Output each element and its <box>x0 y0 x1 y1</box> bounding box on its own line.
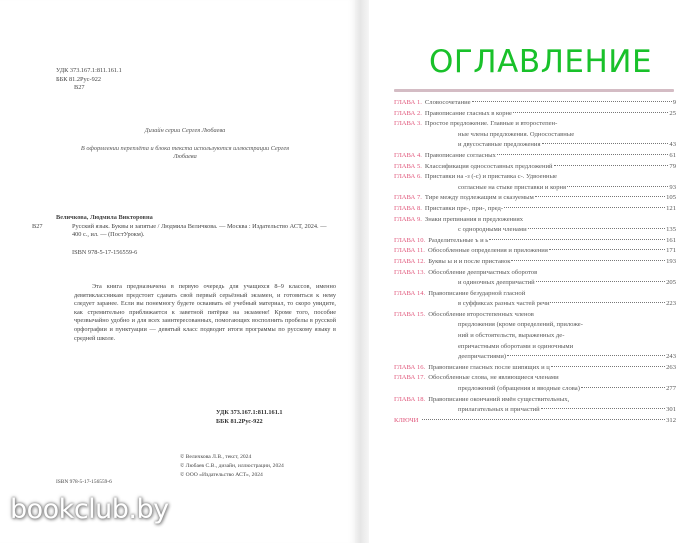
bbk-code: ББК 81.2Рус-922 <box>56 76 122 85</box>
toc-entry[interactable]: ГЛАВА 2.Правописание гласных в корне25 <box>394 109 676 120</box>
toc-entry[interactable]: ГЛАВА 4.Правописание согласных61 <box>394 151 676 162</box>
toc-entry[interactable]: ГЛАВА 11.Обособленные определения и прил… <box>394 246 676 257</box>
udk-block-bottom: УДК 373.167.1:811.161.1 ББК 81.2Рус-922 <box>216 409 283 426</box>
chapter-label: ГЛАВА 12. <box>394 257 428 268</box>
annotation: Эта книга предназначена в первую очередь… <box>74 283 336 343</box>
dot-leader <box>581 387 665 388</box>
dot-leader <box>511 260 665 261</box>
dot-leader <box>472 101 672 102</box>
chapter-title: в суффиксах разных частей речи <box>458 299 549 310</box>
dot-leader <box>507 355 665 356</box>
chapter-title: прилагательных и причастий <box>458 405 540 416</box>
chapter-label: ГЛАВА 9. <box>394 215 425 226</box>
catalog-author: Величкова, Людмила Викторовна <box>56 214 336 223</box>
page-number: 312 <box>666 416 676 427</box>
catalog-description: Русский язык. Буквы и запятые / Людмила … <box>56 223 336 240</box>
chapter-label: ГЛАВА 7. <box>394 193 425 204</box>
page-number: 25 <box>669 109 676 120</box>
copyright-block: © Величкова Л.В., текст, 2024 © Любаев С… <box>180 453 284 479</box>
dot-leader <box>551 366 665 367</box>
dot-leader <box>422 419 665 420</box>
udk-code: УДК 373.167.1:811.161.1 <box>56 67 122 76</box>
toc-entry[interactable]: ГЛАВА 18.Правописание окончаний имён сущ… <box>394 395 676 416</box>
toc-entry[interactable]: ГЛАВА 8.Приставки пре-, при-, пред-121 <box>394 204 676 215</box>
chapter-label: ГЛАВА 1. <box>394 98 425 109</box>
chapter-title: Буквы ы и и после приставок <box>428 257 510 268</box>
catalog-isbn: ISBN 978-5-17-156559-6 <box>56 249 336 258</box>
chapter-title: Приставки пре-, при-, пред- <box>425 204 503 215</box>
toc-entry[interactable]: ГЛАВА 6.Приставки на -з (-с) и приставка… <box>394 172 676 193</box>
page-number: 121 <box>666 204 676 215</box>
page-number: 171 <box>666 246 676 257</box>
dot-leader <box>528 228 665 229</box>
page-number: 79 <box>669 162 676 173</box>
chapter-title: с однородными членами <box>458 225 527 236</box>
catalog-card: Величкова, Людмила Викторовна В27 Русски… <box>56 214 336 257</box>
toc-entry[interactable]: ГЛАВА 10.Разделительные ъ и ь161 <box>394 236 676 247</box>
dot-leader <box>550 302 665 303</box>
dot-leader <box>542 143 669 144</box>
copyright-line: © ООО «Издательство АСТ», 2024 <box>180 471 284 480</box>
udk-code-bottom: УДК 373.167.1:811.161.1 <box>216 409 283 418</box>
toc-entry[interactable]: ГЛАВА 9.Знаки препинания в предложенияхс… <box>394 215 676 236</box>
chapter-title: Обособленные слова, не являющиеся членам… <box>428 373 558 384</box>
toc-entry[interactable]: ГЛАВА 17.Обособленные слова, не являющие… <box>394 373 676 394</box>
chapter-label: ГЛАВА 10. <box>394 236 428 247</box>
chapter-label: ГЛАВА 14. <box>394 289 428 300</box>
toc-entry[interactable]: ГЛАВА 14.Правописание безударной гласной… <box>394 289 676 310</box>
chapter-title: Правописание окончаний имён существитель… <box>428 395 569 406</box>
chapter-title: Правописание безударной гласной <box>428 289 525 300</box>
chapter-title: ний и обстоятельств, выраженных де- <box>458 331 564 342</box>
chapter-label: ГЛАВА 18. <box>394 395 428 406</box>
isbn-bottom: ISBN 978-5-17-156559-6 <box>56 478 112 487</box>
dot-leader <box>567 186 668 187</box>
chapter-title: Приставки на -з (-с) и приставка с-. Удв… <box>425 172 557 183</box>
dot-leader <box>504 207 665 208</box>
chapter-title: деепричастиями) <box>458 352 506 363</box>
right-page-contents: ОГЛАВЛЕНИЕ ГЛАВА 1.Словосочетание9ГЛАВА … <box>369 0 700 543</box>
chapter-label: КЛЮЧИ <box>394 416 421 427</box>
chapter-title: предложения (кроме определений, приложе- <box>458 320 583 331</box>
page-number: 105 <box>666 193 676 204</box>
toc-entry[interactable]: ГЛАВА 16.Правописание гласных после шипя… <box>394 363 676 374</box>
bbk-code-bottom: ББК 81.2Рус-922 <box>216 418 283 427</box>
catalog-code: В27 <box>32 223 43 232</box>
toc-entry[interactable]: ГЛАВА 3.Простое предложение. Главные и в… <box>394 119 676 151</box>
illustration-credit: В оформлении переплёта и блока текста ис… <box>40 145 330 162</box>
chapter-title: согласные на стыке приставки и корня <box>458 183 566 194</box>
chapter-label: ГЛАВА 11. <box>394 246 428 257</box>
chapter-title: ные члены предложения. Односоставные <box>458 130 574 141</box>
page-number: 135 <box>666 225 676 236</box>
page-number: 61 <box>669 151 676 162</box>
page-number: 9 <box>673 98 676 109</box>
toc-entry[interactable]: КЛЮЧИ312 <box>394 416 676 427</box>
chapter-title: Правописание гласных в корне <box>425 109 512 120</box>
page-number: 43 <box>669 140 676 151</box>
chapter-title: Классификация односоставных предложений <box>425 162 553 173</box>
toc-entry[interactable]: ГЛАВА 13.Обособление деепричастных оборо… <box>394 268 676 289</box>
dot-leader <box>536 281 665 282</box>
page-number: 193 <box>666 257 676 268</box>
chapter-label: ГЛАВА 2. <box>394 109 425 120</box>
left-page-imprint: УДК 373.167.1:811.161.1 ББК 81.2Рус-922 … <box>0 0 355 543</box>
chapter-title: Обособленные определения и приложения <box>428 246 548 257</box>
chapter-title: и двусоставные предложения <box>458 140 541 151</box>
chapter-label: ГЛАВА 5. <box>394 162 425 173</box>
dot-leader <box>513 112 668 113</box>
chapter-label: ГЛАВА 6. <box>394 172 425 183</box>
toc-entry[interactable]: ГЛАВА 5.Классификация односоставных пред… <box>394 162 676 173</box>
chapter-title: и одиночных деепричастий <box>458 278 535 289</box>
book-gutter <box>355 0 369 543</box>
chapter-label: ГЛАВА 3. <box>394 119 425 130</box>
dot-leader <box>554 165 669 166</box>
toc-entry[interactable]: ГЛАВА 12.Буквы ы и и после приставок193 <box>394 257 676 268</box>
chapter-label: ГЛАВА 8. <box>394 204 425 215</box>
page-number: 205 <box>666 278 676 289</box>
chapter-title: предложений (обращения и вводные слова) <box>458 384 580 395</box>
author-mark: В27 <box>56 84 122 93</box>
page-number: 161 <box>666 236 676 247</box>
page-number: 93 <box>669 183 676 194</box>
annotation-text: Эта книга предназначена в первую очередь… <box>74 283 336 343</box>
udk-block-top: УДК 373.167.1:811.161.1 ББК 81.2Рус-922 … <box>56 67 122 93</box>
chapter-title: епричастными оборотами и одиночными <box>458 342 573 353</box>
chapter-title: Простое предложение. Главные и второстеп… <box>425 119 557 130</box>
chapter-title: Обособление деепричастных оборотов <box>428 268 537 279</box>
chapter-label: ГЛАВА 17. <box>394 373 428 384</box>
page-number: 243 <box>666 352 676 363</box>
chapter-title: Разделительные ъ и ь <box>428 236 488 247</box>
toc-entry[interactable]: ГЛАВА 1.Словосочетание9 <box>394 98 676 109</box>
dot-leader <box>541 408 665 409</box>
book-spread: УДК 373.167.1:811.161.1 ББК 81.2Рус-922 … <box>0 0 700 543</box>
dot-leader <box>497 154 669 155</box>
chapter-title: Словосочетание <box>425 98 471 109</box>
chapter-title: Тире между подлежащим и сказуемым <box>425 193 534 204</box>
dot-leader <box>489 239 665 240</box>
page-number: 277 <box>666 384 676 395</box>
dot-leader <box>535 196 665 197</box>
copyright-line: © Величкова Л.В., текст, 2024 <box>180 453 284 462</box>
chapter-title: Правописание согласных <box>425 151 496 162</box>
toc-entry[interactable]: ГЛАВА 15.Обособление второстепенных член… <box>394 310 676 363</box>
chapter-title: Знаки препинания в предложениях <box>425 215 523 226</box>
toc-divider <box>394 89 674 92</box>
chapter-label: ГЛАВА 16. <box>394 363 428 374</box>
design-credit: Дизайн серии Сергея Любаева <box>40 127 330 136</box>
watermark-logo: bookclub.by <box>10 494 169 525</box>
page-number: 223 <box>666 299 676 310</box>
toc-list: ГЛАВА 1.Словосочетание9ГЛАВА 2.Правописа… <box>394 98 676 426</box>
dot-leader <box>549 249 665 250</box>
chapter-title: Обособление второстепенных членов <box>428 310 534 321</box>
page-number: 301 <box>666 405 676 416</box>
chapter-label: ГЛАВА 4. <box>394 151 425 162</box>
toc-entry[interactable]: ГЛАВА 7.Тире между подлежащим и сказуемы… <box>394 193 676 204</box>
page-number: 263 <box>666 363 676 374</box>
chapter-label: ГЛАВА 15. <box>394 310 428 321</box>
toc-title: ОГЛАВЛЕНИЕ <box>429 44 652 80</box>
chapter-label: ГЛАВА 13. <box>394 268 428 279</box>
copyright-line: © Любаев С.В., дизайн, иллюстрации, 2024 <box>180 462 284 471</box>
chapter-title: Правописание гласных после шипящих и ц <box>428 363 550 374</box>
credits-block: Дизайн серии Сергея Любаева В оформлении… <box>40 127 330 162</box>
